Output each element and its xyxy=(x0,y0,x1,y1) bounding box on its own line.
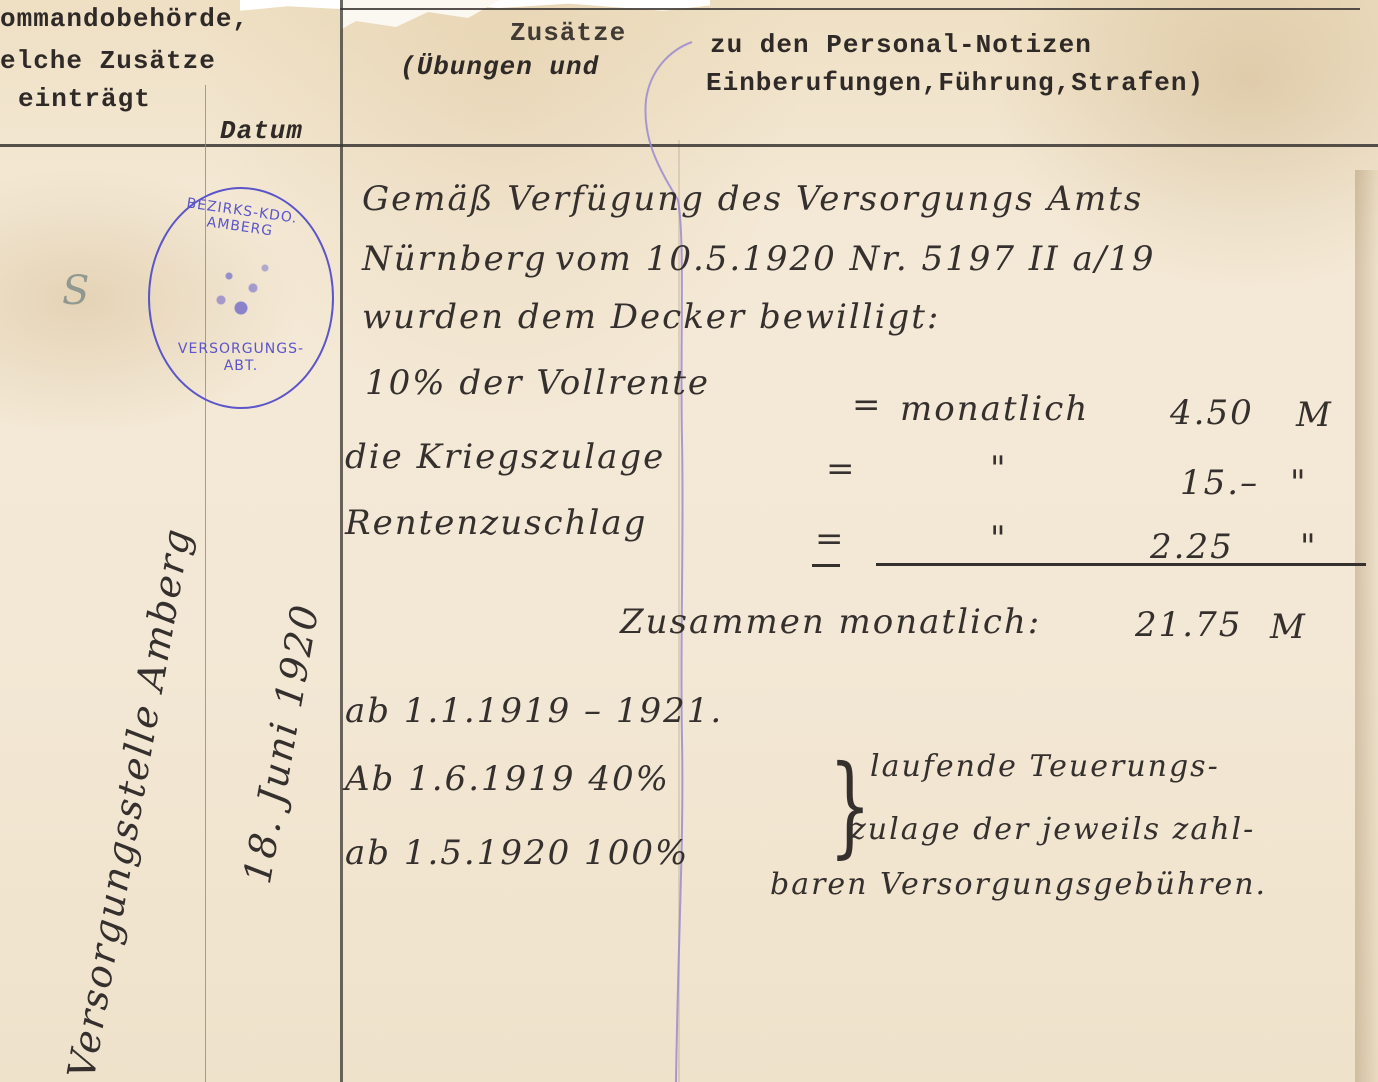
item-amount: 2.25 xyxy=(1150,530,1234,564)
item-currency: M xyxy=(1296,398,1333,432)
stamp-top-text: BEZIRKS-KDO. AMBERG xyxy=(159,192,324,246)
item-currency: " xyxy=(1300,530,1318,564)
entry-line1: Gemäß Verfügung des Versorgungs Amts xyxy=(362,182,1143,216)
sum-rule-short xyxy=(812,564,840,567)
pencil-mark: S xyxy=(62,268,89,314)
official-stamp: BEZIRKS-KDO. AMBERG VERSORGUNGS- ABT. xyxy=(148,187,334,409)
item-eq: = xyxy=(826,452,857,486)
item-currency: " xyxy=(1290,466,1308,500)
brace-text-line1: laufende Teuerungs- xyxy=(870,752,1220,782)
date-vertical: 18. Juni 1920 xyxy=(238,601,325,887)
item-unit: " xyxy=(990,522,1008,556)
signature-vertical: Versorgungsstelle Amberg xyxy=(62,524,197,1081)
header-col3-line2-left: (Übungen und xyxy=(400,54,599,80)
header-col1-line2: elche Zusätze xyxy=(0,48,216,74)
header-col3-line1-left: Zusätze xyxy=(510,20,626,46)
stamp-bottom-text: VERSORGUNGS- ABT. xyxy=(150,341,332,375)
item-label: 10% der Vollrente xyxy=(365,366,710,400)
document-page: ommandobehörde, elche Zusätze einträgt D… xyxy=(0,0,1378,1082)
stamp-emblem-icon xyxy=(205,244,285,324)
item-eq: = xyxy=(815,522,846,556)
item-label: Rentenzuschlag xyxy=(345,506,647,540)
sum-rule xyxy=(876,563,1366,566)
column-divider-main xyxy=(340,0,343,1082)
total-label: Zusammen monatlich: xyxy=(620,605,1041,639)
entry-line3: wurden dem Decker bewilligt: xyxy=(362,300,940,334)
item-label: die Kriegszulage xyxy=(345,440,665,474)
increase-line1: Ab 1.6.1919 40% xyxy=(345,762,670,796)
entry-line2-place: Nürnberg xyxy=(362,242,548,276)
stamp-bottom-line1: VERSORGUNGS- xyxy=(150,341,332,358)
header-col3-line1-right: zu den Personal-Notizen xyxy=(710,32,1092,58)
paper-edge-shadow xyxy=(1355,170,1378,1082)
item-unit: monatlich xyxy=(900,392,1089,426)
brace-text-line2: zulage der jeweils zahl- xyxy=(850,815,1255,845)
header-col1-line1: ommandobehörde, xyxy=(0,6,249,32)
item-amount: 15.– xyxy=(1180,466,1259,500)
item-amount: 4.50 xyxy=(1170,396,1254,430)
period-line: ab 1.1.1919 – 1921. xyxy=(345,694,723,728)
header-top-rule xyxy=(340,8,1360,10)
header-col3-line2-right: Einberufungen,Führung,Strafen) xyxy=(706,70,1204,96)
entry-line2-rest: vom 10.5.1920 Nr. 5197 II a/19 xyxy=(555,242,1155,276)
brace-text-line3: baren Versorgungsgebühren. xyxy=(770,870,1267,900)
torn-edge-secondary xyxy=(340,0,500,30)
header-col1-line3: einträgt xyxy=(18,86,151,112)
total-amount: 21.75 xyxy=(1135,608,1242,642)
item-unit: " xyxy=(990,452,1008,486)
increase-line2: ab 1.5.1920 100% xyxy=(345,836,689,870)
item-eq: = xyxy=(852,388,883,422)
header-datum: Datum xyxy=(220,118,303,144)
total-currency: M xyxy=(1270,610,1307,644)
stamp-bottom-line2: ABT. xyxy=(150,358,332,375)
